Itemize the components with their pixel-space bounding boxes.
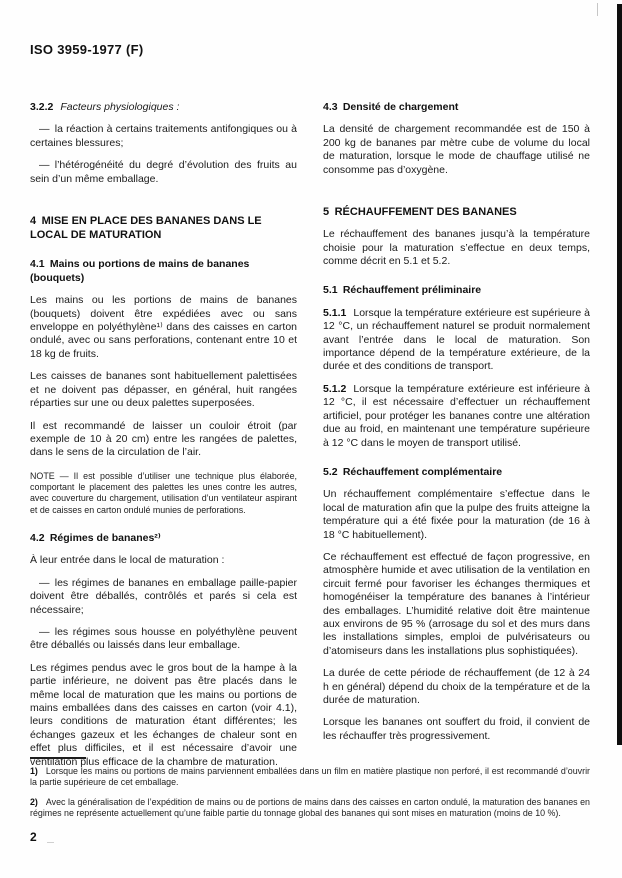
section-5-2-paragraph-3: La durée de cette période de réchauffeme… [323,667,590,707]
section-5-1-2-number: 5.1.2 [323,383,346,395]
section-5-1-1-number: 5.1.1 [323,307,346,319]
section-5-2-paragraph-4: Lorsque les bananes ont souffert du froi… [323,716,590,743]
section-5-1-2-text: Lorsque la température extérieure est in… [323,383,590,449]
document-page: ISO 3959-1977 (F) 3.2.2Facteurs physiolo… [0,0,622,878]
section-5-heading: 5 RÉCHAUFFEMENT DES BANANES [323,205,590,219]
scan-dash-artifact [47,842,54,843]
section-4-3-heading: 4.3 Densité de chargement [323,101,590,114]
section-4-2-intro: À leur entrée dans le local de maturatio… [30,554,297,567]
footnote-1-text: Lorsque les mains ou portions de mains p… [30,766,590,787]
section-3-2-2-item-1: — la réaction à certains traitements ant… [30,123,297,150]
section-5-2-paragraph-2: Ce réchauffement est effectué de façon p… [323,551,590,658]
section-4-2-heading: 4.2 Régimes de bananes²⁾ [30,532,297,545]
two-column-body: 3.2.2Facteurs physiologiques : — la réac… [30,101,590,769]
section-4-3-paragraph-1: La densité de chargement recommandée est… [323,123,590,177]
section-4-1-paragraph-3: Il est recommandé de laisser un couloir … [30,420,297,460]
section-3-2-2-number: 3.2.2 [30,101,53,113]
section-3-2-2-title: Facteurs physiologiques : [60,101,179,113]
section-5-1-1-text: Lorsque la température extérieure est su… [323,307,590,373]
section-5-1-2-paragraph: 5.1.2Lorsque la température extérieure e… [323,383,590,450]
footnote-2: 2)Avec la généralisation de l’expédition… [30,797,590,820]
footnote-2-text: Avec la généralisation de l’expédition d… [30,797,590,818]
section-5-2-paragraph-1: Un réchauffement complémentaire s’effect… [323,488,590,542]
right-column: 4.3 Densité de chargement La densité de … [323,101,590,769]
scan-tick-artifact [597,3,598,16]
section-5-2-heading: 5.2 Réchauffement complémentaire [323,466,590,479]
section-5-1-heading: 5.1 Réchauffement préliminaire [323,284,590,297]
section-4-1-paragraph-1: Les mains ou les portions de mains de ba… [30,294,297,361]
document-reference: ISO 3959-1977 (F) [30,42,144,57]
footnote-2-marker: 2) [30,797,38,807]
scan-edge-artifact [617,4,622,745]
footnote-1: 1)Lorsque les mains ou portions de mains… [30,766,590,789]
section-4-2-item-1: — les régimes de bananes en emballage pa… [30,577,297,617]
section-4-1-paragraph-2: Les caisses de bananes sont habituelleme… [30,370,297,410]
left-column: 3.2.2Facteurs physiologiques : — la réac… [30,101,297,769]
footnotes-block: 1)Lorsque les mains ou portions de mains… [30,757,590,827]
section-4-2-paragraph-2: Les régimes pendus avec le gros bout de … [30,662,297,769]
section-4-2-item-2: — les régimes sous housse en polyéthylèn… [30,626,297,653]
section-4-1-heading: 4.1 Mains ou portions de mains de banane… [30,258,297,285]
section-5-paragraph-1: Le réchauffement des bananes jusqu’à la … [323,228,590,268]
page-number: 2 [30,830,37,844]
footnote-separator-rule [30,757,86,759]
footnote-1-marker: 1) [30,766,38,776]
section-3-2-2-item-2: — l’hétérogénéité du degré d’évolution d… [30,159,297,186]
section-3-2-2-heading: 3.2.2Facteurs physiologiques : [30,101,297,114]
section-5-1-1-paragraph: 5.1.1Lorsque la température extérieure e… [323,307,590,374]
section-4-heading: 4 MISE EN PLACE DES BANANES DANS LE LOCA… [30,214,297,242]
section-4-1-note: NOTE — Il est possible d’utiliser une te… [30,471,297,516]
